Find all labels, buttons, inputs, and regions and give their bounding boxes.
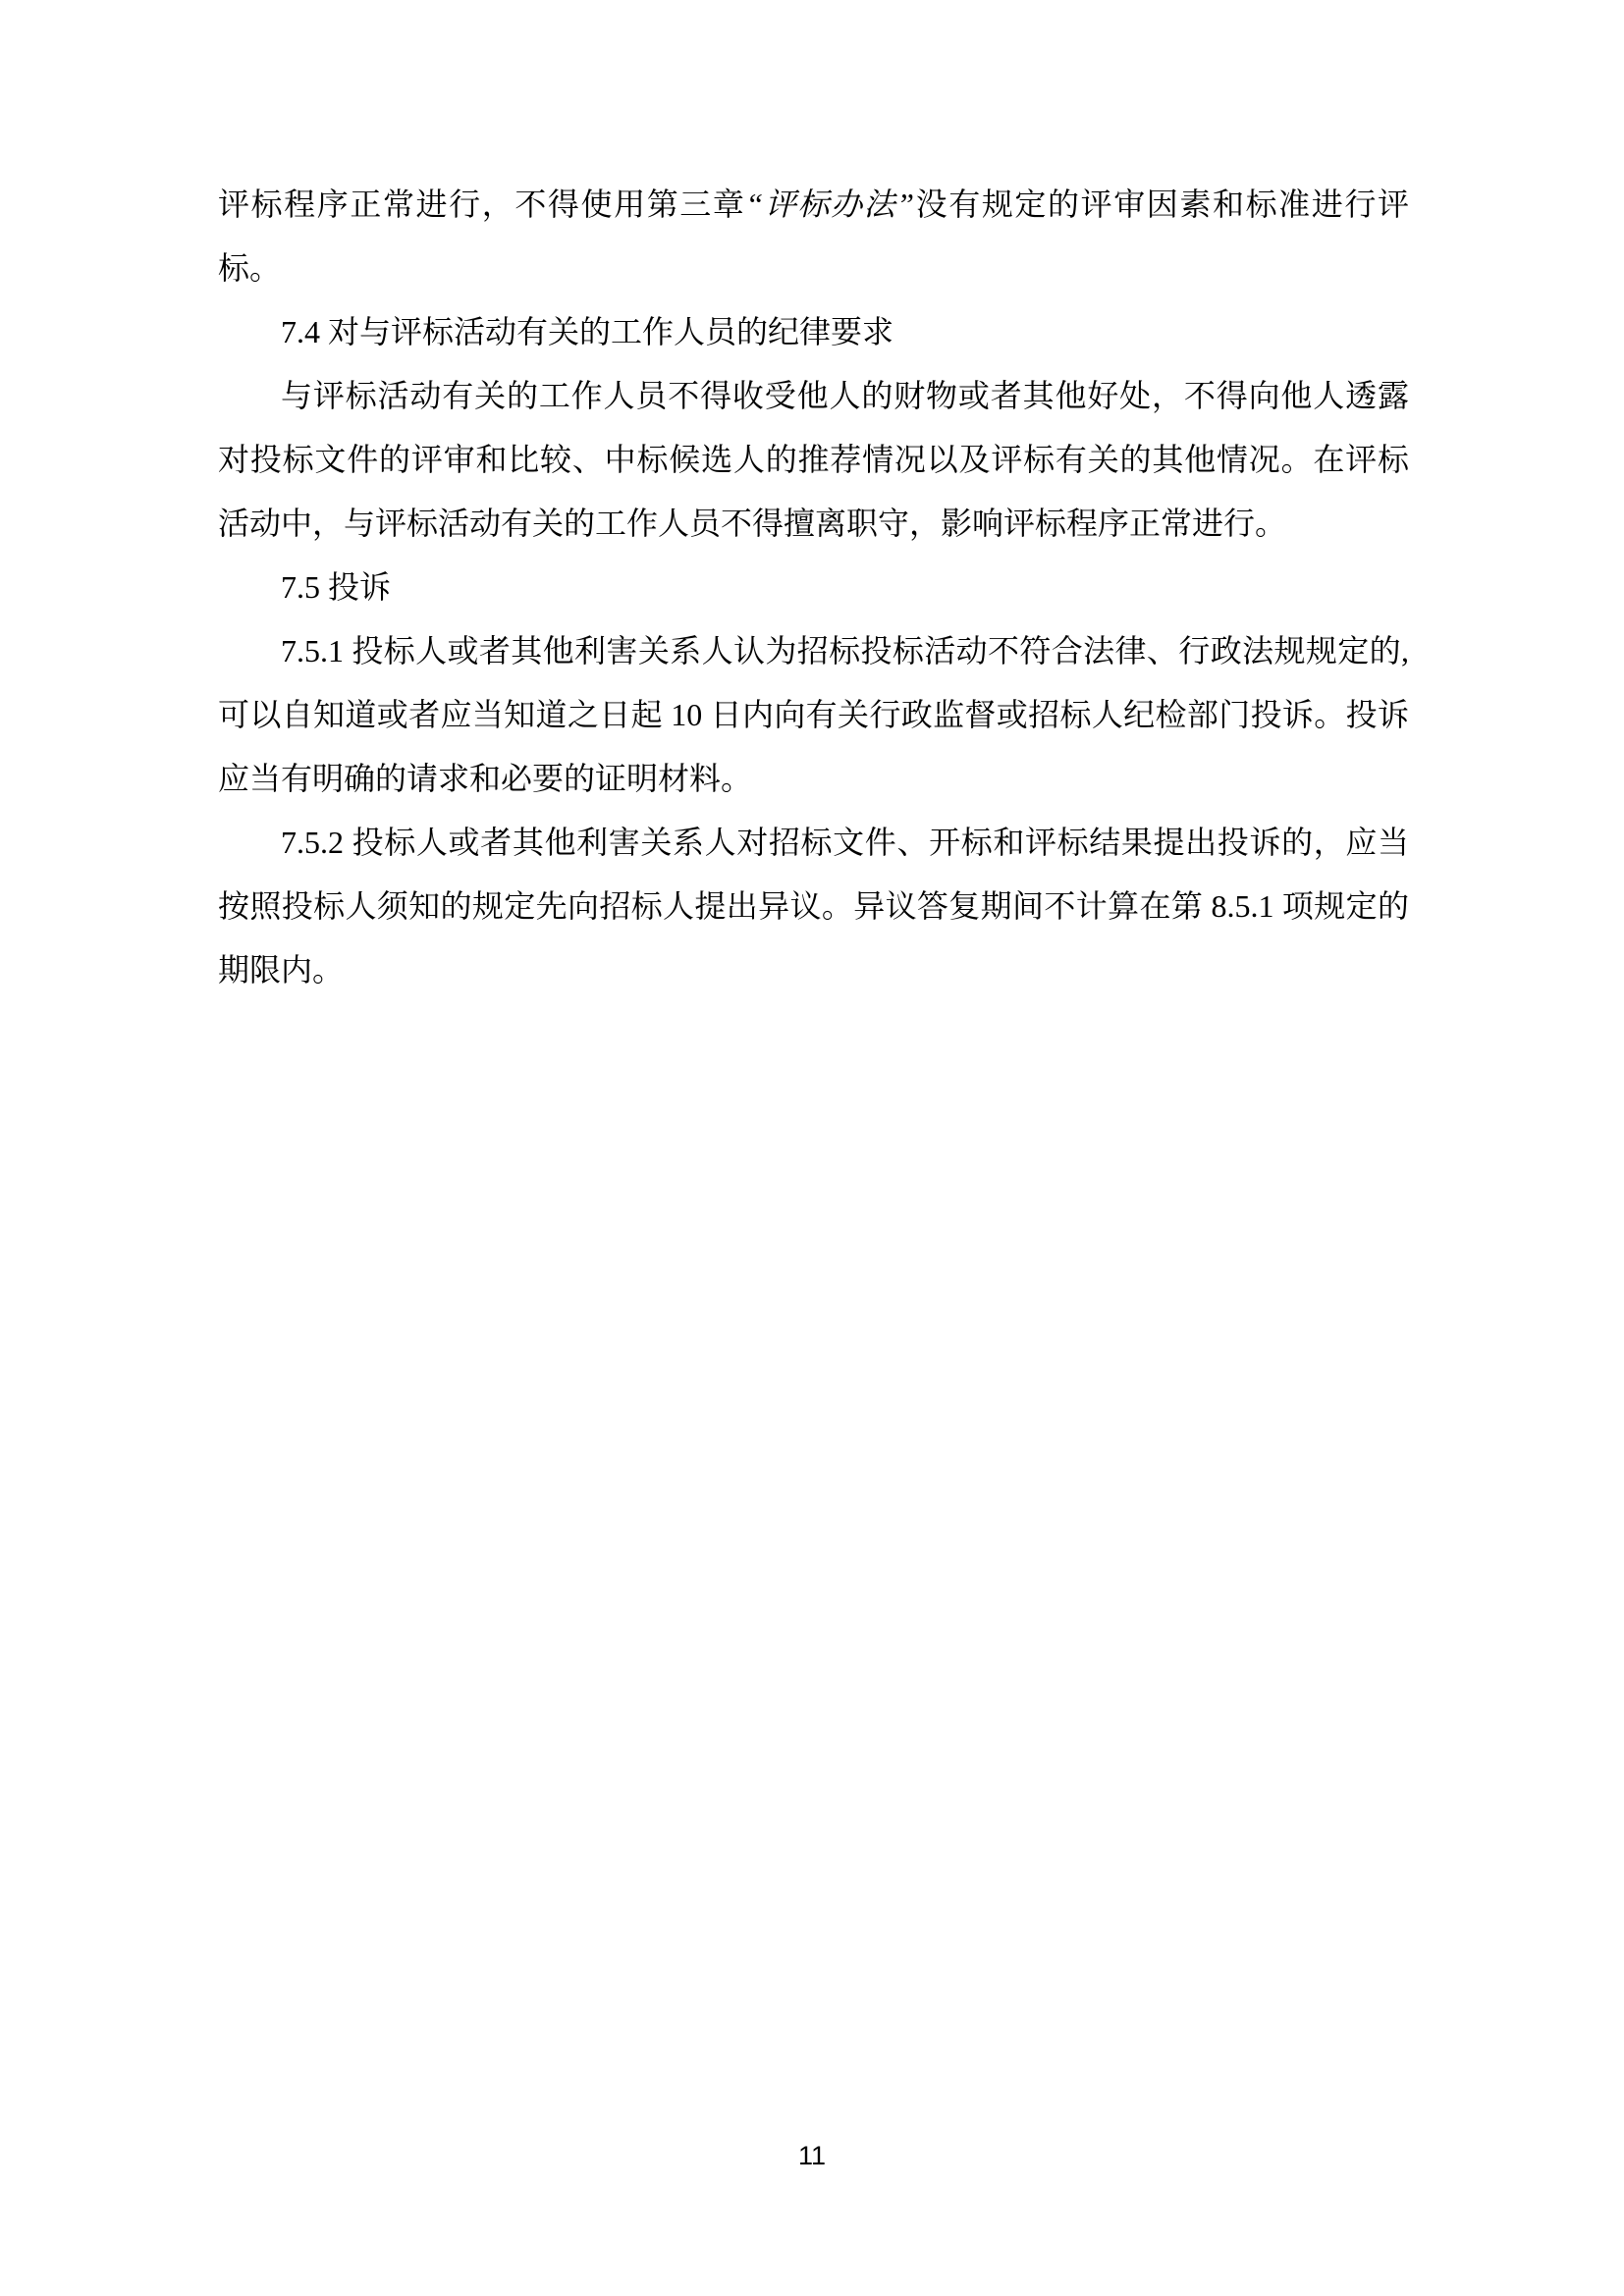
paragraph: 7.4 对与评标活动有关的工作人员的纪律要求 — [218, 300, 1409, 364]
paragraph: 7.5 投诉 — [218, 556, 1409, 619]
text-run: 7.4 对与评标活动有关的工作人员的纪律要求 — [281, 314, 893, 349]
paragraph: 评标程序正常进行，不得使用第三章“评标办法”没有规定的评审因素和标准进行评标。 — [218, 173, 1409, 300]
document-page: 评标程序正常进行，不得使用第三章“评标办法”没有规定的评审因素和标准进行评标。7… — [0, 0, 1624, 2296]
quoted-title-run: “评标办法” — [746, 187, 915, 222]
page-number: 11 — [0, 2140, 1624, 2171]
document-body: 评标程序正常进行，不得使用第三章“评标办法”没有规定的评审因素和标准进行评标。7… — [218, 173, 1409, 1002]
paragraph: 7.5.2 投标人或者其他利害关系人对招标文件、开标和评标结果提出投诉的，应当按… — [218, 811, 1409, 1002]
text-run: 7.5 投诉 — [281, 569, 391, 605]
paragraph: 与评标活动有关的工作人员不得收受他人的财物或者其他好处，不得向他人透露对投标文件… — [218, 364, 1409, 556]
text-run: 7.5.1 投标人或者其他利害关系人认为招标投标活动不符合法律、行政法规规定的,… — [218, 633, 1409, 796]
paragraph: 7.5.1 投标人或者其他利害关系人认为招标投标活动不符合法律、行政法规规定的,… — [218, 619, 1409, 811]
text-run: 评标程序正常进行，不得使用第三章 — [218, 187, 746, 222]
text-run: 7.5.2 投标人或者其他利害关系人对招标文件、开标和评标结果提出投诉的，应当按… — [218, 825, 1409, 988]
text-run: 与评标活动有关的工作人员不得收受他人的财物或者其他好处，不得向他人透露对投标文件… — [218, 378, 1409, 541]
